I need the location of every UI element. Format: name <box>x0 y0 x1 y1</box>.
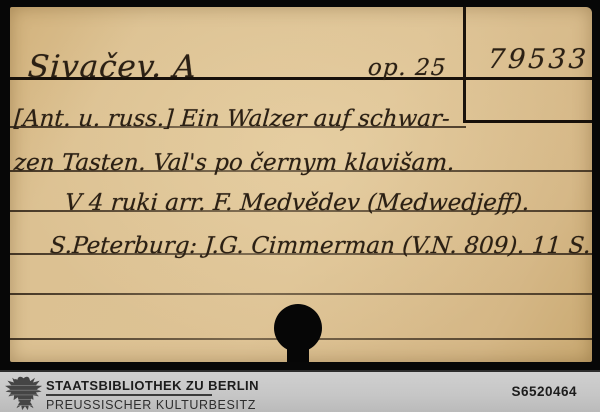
catalog-card: Sivačev. A op. 25 79533 [Ant. u. russ.] … <box>10 7 592 362</box>
scan-id: S6520464 <box>511 384 577 399</box>
ruled-line <box>10 293 592 295</box>
library-name-block: STAATSBIBLIOTHEK ZU BERLIN PREUSSISCHER … <box>46 378 259 412</box>
shelfmark-box-vertical-line <box>463 7 466 123</box>
hole-punch <box>274 304 322 352</box>
opus-number: op. 25 <box>367 55 447 81</box>
body-line: zen Tasten. Val's po černym klavišam. <box>13 150 455 176</box>
body-line: V 4 ruki arr. F. Medvědev (Medwedjeff). <box>64 190 530 216</box>
footer-divider <box>46 394 212 396</box>
library-name: STAATSBIBLIOTHEK ZU BERLIN <box>46 378 259 393</box>
shelfmark-number: 79533 <box>487 44 590 75</box>
author-name: Sivačev. A <box>27 49 198 85</box>
body-line: S.Peterburg: J.G. Cimmerman (V.N. 809). … <box>49 233 592 259</box>
body-line: [Ant. u. russ.] Ein Walzer auf schwar- <box>13 106 451 132</box>
library-subtitle: PREUSSISCHER KULTURBESITZ <box>46 398 259 412</box>
scanned-catalog-card-image: Sivačev. A op. 25 79533 [Ant. u. russ.] … <box>0 0 600 412</box>
prussian-eagle-icon <box>4 374 46 412</box>
library-footer-strip: STAATSBIBLIOTHEK ZU BERLIN PREUSSISCHER … <box>0 370 600 412</box>
shelfmark-box-bottom-line <box>463 120 592 123</box>
